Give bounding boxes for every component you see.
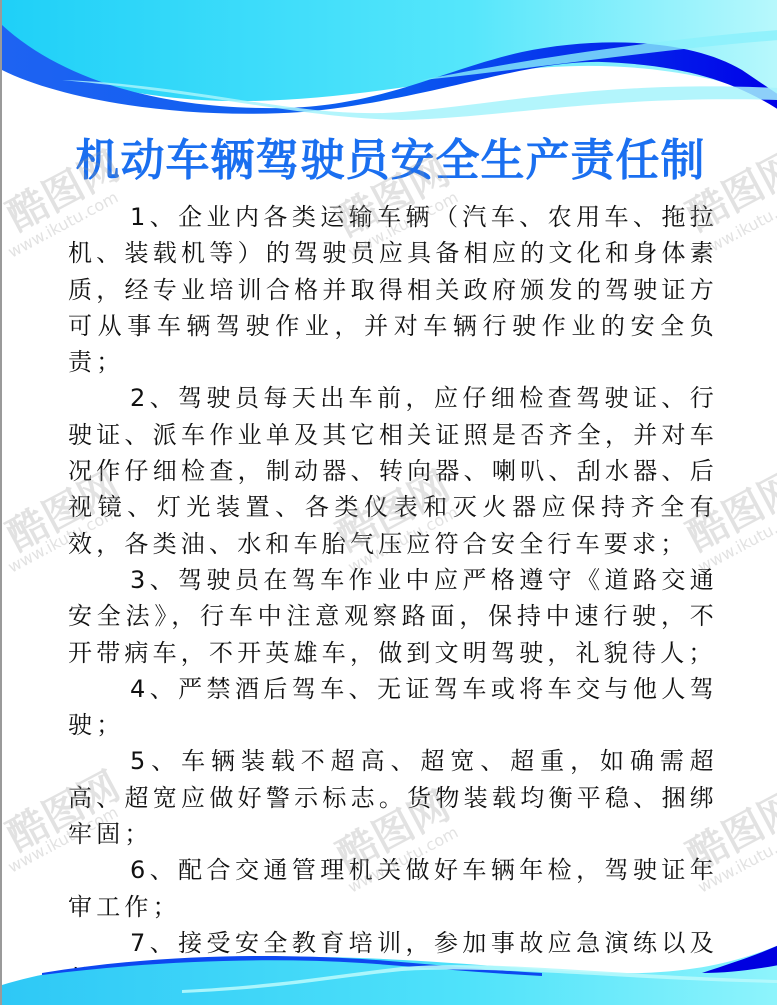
clause-3: 3、驾驶员在驾车作业中应严格遵守《道路交通安全法》，行车中注意观察路面，保持中速… [68, 562, 718, 671]
clause-5: 5、车辆装载不超高、超宽、超重，如确需超高、超宽应做好警示标志。货物装载均衡平稳… [68, 743, 718, 852]
clause-6: 6、配合交通管理机关做好车辆年检，驾驶证年审工作； [68, 852, 718, 925]
clause-4: 4、严禁酒后驾车、无证驾车或将车交与他人驾驶； [68, 671, 718, 744]
bottom-wave-decoration [2, 945, 777, 1005]
poster: 机动车辆驾驶员安全生产责任制 1、企业内各类运输车辆（汽车、农用车、拖拉机、装载… [0, 0, 777, 1005]
poster-title: 机动车辆驾驶员安全生产责任制 [2, 133, 777, 189]
top-wave-decoration [2, 0, 777, 120]
responsibility-clauses: 1、企业内各类运输车辆（汽车、农用车、拖拉机、装载机等）的驾驶员应具备相应的文化… [68, 199, 718, 998]
clause-1: 1、企业内各类运输车辆（汽车、农用车、拖拉机、装载机等）的驾驶员应具备相应的文化… [68, 199, 718, 380]
clause-2: 2、驾驶员每天出车前，应仔细检查驾驶证、行驶证、派车作业单及其它相关证照是否齐全… [68, 380, 718, 561]
